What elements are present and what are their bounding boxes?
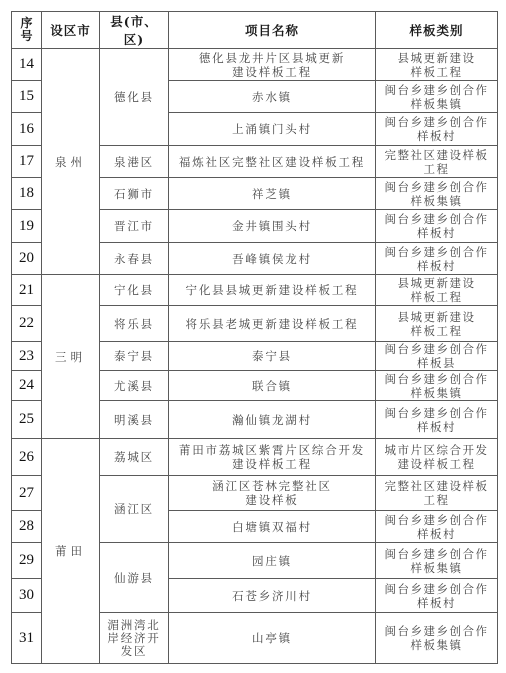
table-row: 26 莆田 荔城区 莆田市荔城区紫霄片区综合开发 建设样板工程 城市片区综合开发… xyxy=(12,439,498,476)
header-seq: 序 号 xyxy=(12,12,42,49)
sample-type-cell: 县城更新建设 样板工程 xyxy=(376,275,498,306)
row-seq: 19 xyxy=(12,210,42,243)
sample-type-cell: 县城更新建设 样板工程 xyxy=(376,306,498,342)
header-sample-type: 样板类别 xyxy=(376,12,498,49)
project-name-cell: 福炼社区完整社区建设样板工程 xyxy=(169,146,376,178)
project-name-cell: 石苍乡济川村 xyxy=(169,579,376,613)
sample-type-cell: 闽台乡建乡创合作 样板村 xyxy=(376,243,498,275)
sample-type-cell: 闽台乡建乡创合作 样板村 xyxy=(376,511,498,543)
project-name-cell: 联合镇 xyxy=(169,371,376,401)
sample-type-cell: 县城更新建设 样板工程 xyxy=(376,49,498,81)
county-cell: 石狮市 xyxy=(100,178,169,210)
row-seq: 29 xyxy=(12,543,42,579)
table-row: 21 三明 宁化县 宁化县县城更新建设样板工程 县城更新建设 样板工程 xyxy=(12,275,498,306)
row-seq: 14 xyxy=(12,49,42,81)
project-name-cell: 莆田市荔城区紫霄片区综合开发 建设样板工程 xyxy=(169,439,376,476)
sample-type-cell: 城市片区综合开发 建设样板工程 xyxy=(376,439,498,476)
county-cell: 仙游县 xyxy=(100,543,169,613)
county-cell: 德化县 xyxy=(100,49,169,146)
county-cell: 泰宁县 xyxy=(100,342,169,371)
sample-type-cell: 闽台乡建乡创合作 样板村 xyxy=(376,113,498,146)
row-seq: 24 xyxy=(12,371,42,401)
project-name-cell: 将乐县老城更新建设样板工程 xyxy=(169,306,376,342)
county-cell: 永春县 xyxy=(100,243,169,275)
project-name-cell: 园庄镇 xyxy=(169,543,376,579)
table-row: 14 泉州 德化县 德化县龙井片区县城更新 建设样板工程 县城更新建设 样板工程 xyxy=(12,49,498,81)
header-city: 设区市 xyxy=(42,12,100,49)
county-cell: 尤溪县 xyxy=(100,371,169,401)
sample-type-cell: 完整社区建设样板 工程 xyxy=(376,146,498,178)
row-seq: 31 xyxy=(12,613,42,664)
county-cell: 泉港区 xyxy=(100,146,169,178)
project-name-cell: 瀚仙镇龙湖村 xyxy=(169,401,376,439)
county-cell: 晋江市 xyxy=(100,210,169,243)
sample-type-cell: 闽台乡建乡创合作 样板集镇 xyxy=(376,613,498,664)
project-name-cell: 德化县龙井片区县城更新 建设样板工程 xyxy=(169,49,376,81)
sample-type-cell: 闽台乡建乡创合作 样板集镇 xyxy=(376,81,498,113)
county-cell: 宁化县 xyxy=(100,275,169,306)
city-cell: 莆田 xyxy=(42,439,100,664)
row-seq: 28 xyxy=(12,511,42,543)
header-project-name: 项目名称 xyxy=(169,12,376,49)
project-name-cell: 上涌镇门头村 xyxy=(169,113,376,146)
sample-type-cell: 闽台乡建乡创合作 样板集镇 xyxy=(376,543,498,579)
city-cell: 三明 xyxy=(42,275,100,439)
row-seq: 15 xyxy=(12,81,42,113)
county-cell: 明溪县 xyxy=(100,401,169,439)
sample-projects-table: 序 号 设区市 县(市、区) 项目名称 样板类别 14 泉州 德化县 德化县龙井… xyxy=(11,11,498,664)
sample-type-cell: 闽台乡建乡创合作 样板县 xyxy=(376,342,498,371)
sample-type-cell: 闽台乡建乡创合作 样板村 xyxy=(376,210,498,243)
county-cell: 涵江区 xyxy=(100,476,169,543)
sample-type-cell: 闽台乡建乡创合作 样板集镇 xyxy=(376,371,498,401)
project-name-cell: 赤水镇 xyxy=(169,81,376,113)
row-seq: 17 xyxy=(12,146,42,178)
header-row: 序 号 设区市 县(市、区) 项目名称 样板类别 xyxy=(12,12,498,49)
county-cell: 湄洲湾北 岸经济开 发区 xyxy=(100,613,169,664)
city-cell: 泉州 xyxy=(42,49,100,275)
sample-type-cell: 闽台乡建乡创合作 样板村 xyxy=(376,579,498,613)
row-seq: 27 xyxy=(12,476,42,511)
county-cell: 荔城区 xyxy=(100,439,169,476)
project-name-cell: 吾峰镇侯龙村 xyxy=(169,243,376,275)
row-seq: 20 xyxy=(12,243,42,275)
sample-type-cell: 闽台乡建乡创合作 样板村 xyxy=(376,401,498,439)
row-seq: 30 xyxy=(12,579,42,613)
sample-type-cell: 完整社区建设样板 工程 xyxy=(376,476,498,511)
row-seq: 16 xyxy=(12,113,42,146)
row-seq: 23 xyxy=(12,342,42,371)
project-name-cell: 山亭镇 xyxy=(169,613,376,664)
project-name-cell: 金井镇围头村 xyxy=(169,210,376,243)
county-cell: 将乐县 xyxy=(100,306,169,342)
project-name-cell: 泰宁县 xyxy=(169,342,376,371)
project-name-cell: 祥芝镇 xyxy=(169,178,376,210)
header-county: 县(市、区) xyxy=(100,12,169,49)
row-seq: 18 xyxy=(12,178,42,210)
row-seq: 26 xyxy=(12,439,42,476)
project-name-cell: 白塘镇双福村 xyxy=(169,511,376,543)
row-seq: 22 xyxy=(12,306,42,342)
sample-type-cell: 闽台乡建乡创合作 样板集镇 xyxy=(376,178,498,210)
project-name-cell: 宁化县县城更新建设样板工程 xyxy=(169,275,376,306)
row-seq: 25 xyxy=(12,401,42,439)
row-seq: 21 xyxy=(12,275,42,306)
project-name-cell: 涵江区苍林完整社区 建设样板 xyxy=(169,476,376,511)
